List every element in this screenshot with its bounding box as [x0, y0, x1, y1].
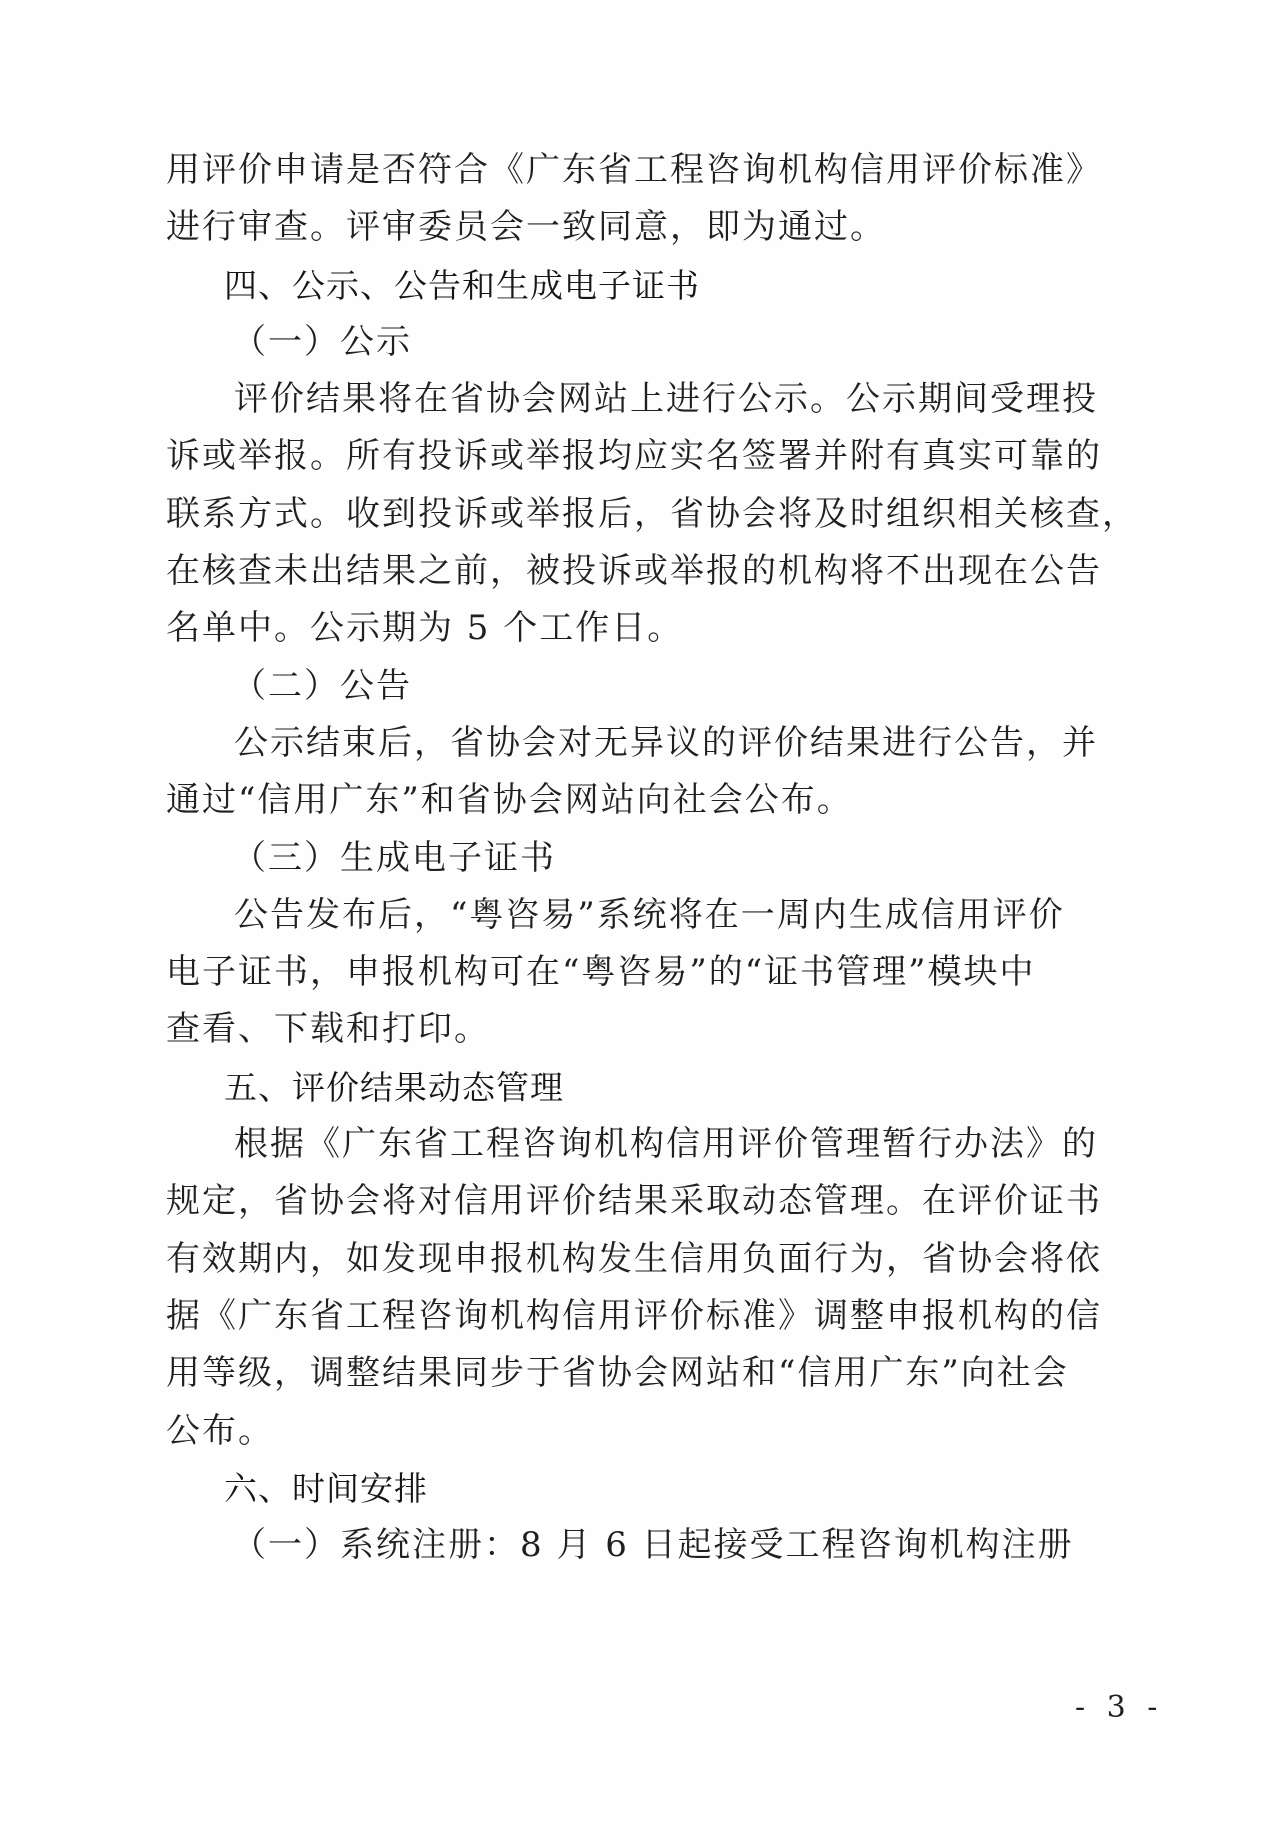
subheading-certificate: （三）生成电子证书	[166, 830, 938, 887]
body-line: 联系方式。收到投诉或举报后，省协会将及时组织相关核查，	[166, 486, 938, 543]
body-line: 据《广东省工程咨询机构信用评价标准》调整申报机构的信	[166, 1288, 938, 1345]
schedule-item-registration: （一）系统注册：8 月 6 日起接受工程咨询机构注册	[166, 1517, 938, 1574]
body-line: 查看、下载和打印。	[166, 1001, 938, 1058]
subheading-announcement: （二）公告	[166, 658, 938, 715]
paragraph-first-line: 公告发布后，“粤咨易”系统将在一周内生成信用评价	[166, 887, 938, 944]
body-line: 规定，省协会将对信用评价结果采取动态管理。在评价证书	[166, 1173, 938, 1230]
section-heading-4: 四、公示、公告和生成电子证书	[166, 257, 938, 314]
paragraph-first-line: 根据《广东省工程咨询机构信用评价管理暂行办法》的	[166, 1116, 938, 1173]
page-number: - 3 -	[1075, 1690, 1163, 1725]
paragraph-first-line: 公示结束后，省协会对无异议的评价结果进行公告，并	[166, 715, 938, 772]
subheading-publicity: （一）公示	[166, 314, 938, 371]
document-body: 用评价申请是否符合《广东省工程咨询机构信用评价标准》 进行审查。评审委员会一致同…	[166, 142, 938, 1574]
body-line: 诉或举报。所有投诉或举报均应实名签署并附有真实可靠的	[166, 428, 938, 485]
section-heading-5: 五、评价结果动态管理	[166, 1059, 938, 1116]
body-line: 电子证书，申报机构可在“粤咨易”的“证书管理”模块中	[166, 944, 938, 1001]
body-line: 有效期内，如发现申报机构发生信用负面行为，省协会将依	[166, 1231, 938, 1288]
body-line: 在核查未出结果之前，被投诉或举报的机构将不出现在公告	[166, 543, 938, 600]
body-line: 通过“信用广东”和省协会网站向社会公布。	[166, 772, 938, 829]
body-line: 名单中。公示期为 5 个工作日。	[166, 600, 938, 657]
paragraph-first-line: 评价结果将在省协会网站上进行公示。公示期间受理投	[166, 371, 938, 428]
document-page: 用评价申请是否符合《广东省工程咨询机构信用评价标准》 进行审查。评审委员会一致同…	[0, 0, 1280, 1826]
body-line: 用等级，调整结果同步于省协会网站和“信用广东”向社会	[166, 1345, 938, 1402]
body-line: 公布。	[166, 1403, 938, 1460]
section-heading-6: 六、时间安排	[166, 1460, 938, 1517]
body-line: 用评价申请是否符合《广东省工程咨询机构信用评价标准》	[166, 142, 938, 199]
body-line: 进行审查。评审委员会一致同意，即为通过。	[166, 199, 938, 256]
